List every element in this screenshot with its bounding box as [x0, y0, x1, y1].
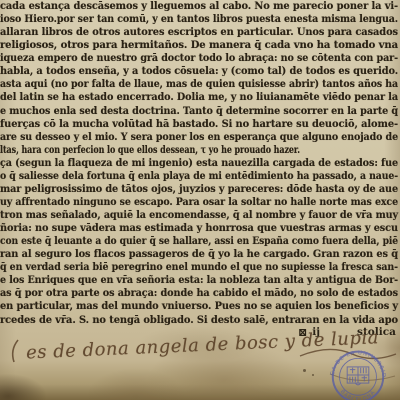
printed-text-block: cada estança descāsemos y lleguemos al c… [0, 1, 398, 328]
printed-line: ñoria: no supe vādera mas estimada y hon… [0, 223, 398, 236]
printed-line: religiosos, otros para hermitaños. De ma… [0, 40, 398, 53]
printed-line: ltas, hara con perfecion lo que ellos de… [0, 145, 398, 158]
printed-line: asta aqui (no por falta de llaue, mas de… [0, 79, 398, 92]
printed-line: ça (segun la flaqueza de mi ingenio) est… [0, 158, 398, 171]
printed-line: e los Enriques que en vr̄a señoria esta:… [0, 275, 398, 288]
ownership-inscription: es de dona angela de bosc y de lupia [26, 329, 327, 363]
stamp-arc-bottom-text: BARCELONA [339, 389, 377, 400]
printed-line: o q̄ saliesse dela fortuna q̄ enla playa… [0, 171, 398, 184]
library-stamp: CA DE LA UNIVERSIDAD BARCELONA [322, 348, 394, 400]
printed-line: ran al seguro los flacos passageros de q… [0, 249, 398, 262]
printed-line: q̄ en verdad seria biē peregrino enel mu… [0, 262, 398, 275]
book-page: cada estança descāsemos y lleguemos al c… [0, 0, 400, 400]
svg-text:CA DE LA UNIVERSIDAD: CA DE LA UNIVERSIDAD [323, 348, 386, 378]
printed-line: allaran libros de otros autores escripto… [0, 27, 398, 40]
ink-speck [312, 374, 314, 376]
printed-line: iqueza empero de nuestro grā doctor todo… [0, 53, 398, 66]
printed-line: del latin se ha estado encerrado. Dolia … [0, 92, 398, 105]
svg-text:BARCELONA: BARCELONA [339, 389, 377, 400]
printed-line: cada estança descāsemos y lleguemos al c… [0, 1, 398, 14]
stamp-arc-top-text: CA DE LA UNIVERSIDAD [323, 348, 386, 378]
ink-speck [303, 369, 306, 372]
printed-line: en particular, mas del mundo vniuerso. P… [0, 301, 398, 314]
printed-line: as q̄ por otra parte os abraça: donde ha… [0, 288, 398, 301]
printed-line: ioso Hiero.por ser tan comū, y en tantos… [0, 14, 398, 27]
printed-line: habla, a todos enseña, y a todos cōsuela… [0, 66, 398, 79]
printed-line: tron mas señalado, aquiē la encomendasse… [0, 210, 398, 223]
printed-line: con este q̄ leuante a do quier q̄ se hal… [0, 236, 398, 249]
printed-line: are su desseo y el mio. Y sera poner los… [0, 132, 398, 145]
printed-line: e muchos enla sed desta doctrina. Tanto … [0, 106, 398, 119]
printed-line: uy affrentado ninguno se escapo. Para os… [0, 197, 398, 210]
printed-line: mar peligrosissimo de tātos ojos, juyzio… [0, 184, 398, 197]
printed-line: fuerças cō la mucha volūtad hā bastado. … [0, 119, 398, 132]
